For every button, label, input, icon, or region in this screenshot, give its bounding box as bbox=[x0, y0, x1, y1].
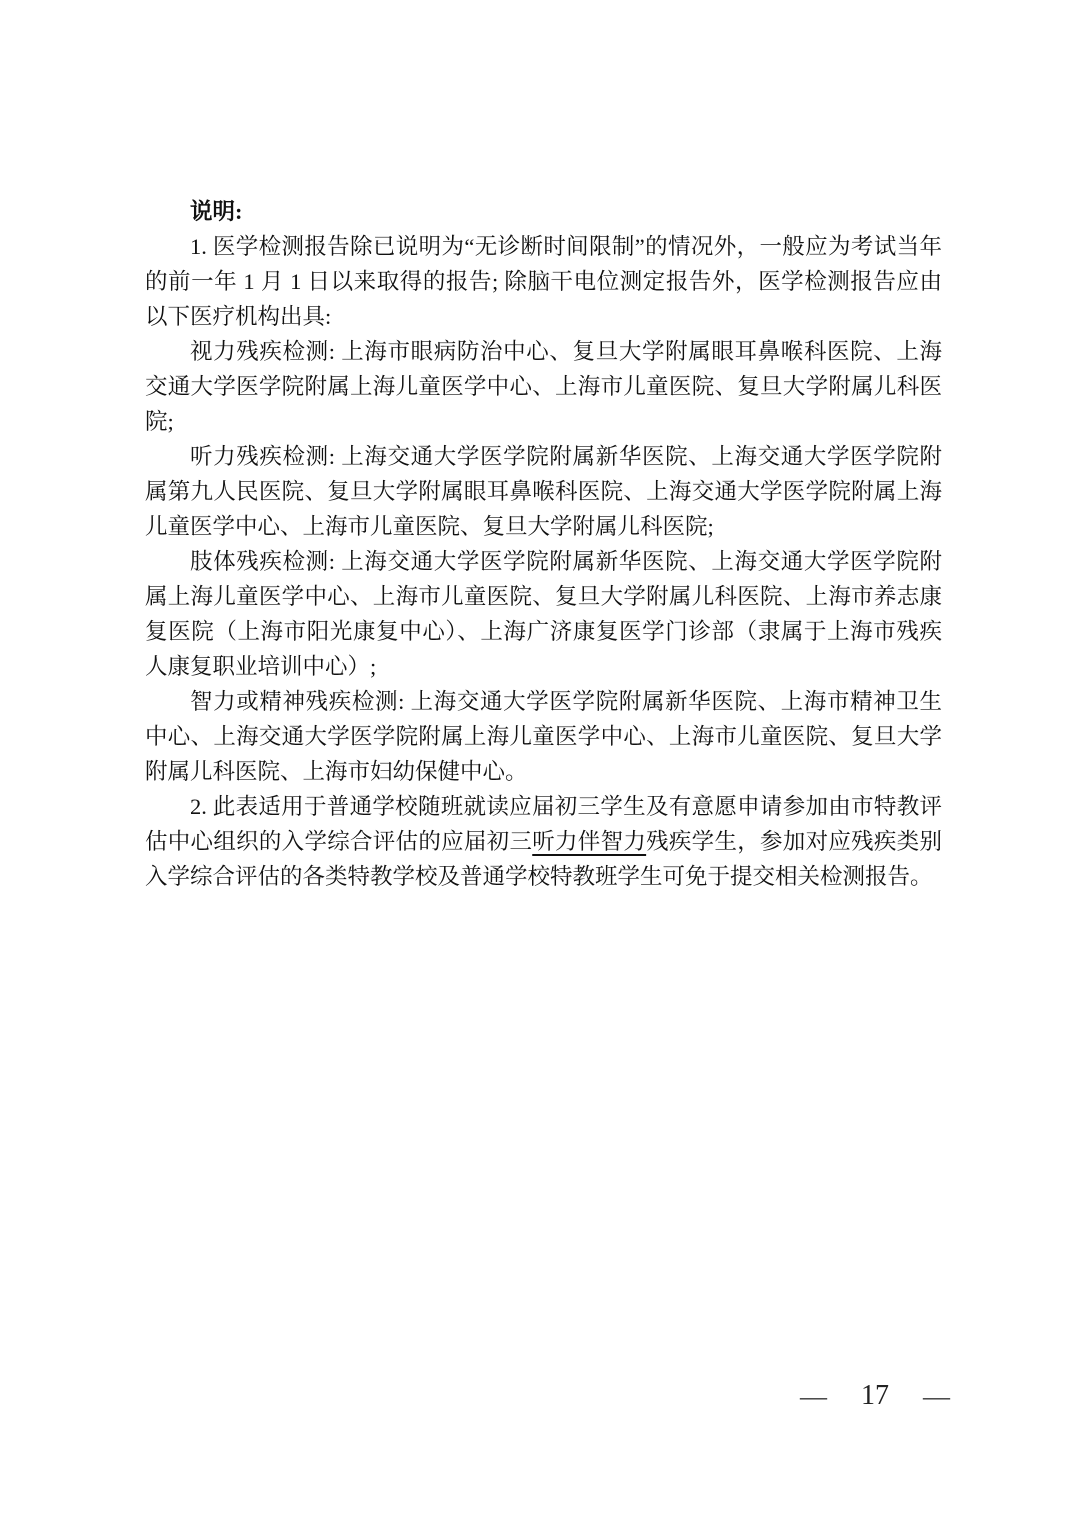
paragraph-note-1: 1. 医学检测报告除已说明为“无诊断时间限制”的情况外，一般应为考试当年的前一年… bbox=[145, 229, 942, 334]
paragraph-intellectual-testing: 智力或精神残疾检测: 上海交通大学医学院附属新华医院、上海市精神卫生中心、上海交… bbox=[145, 684, 942, 789]
page-footer: — 17 — bbox=[800, 1380, 950, 1412]
paragraph-vision-testing: 视力残疾检测: 上海市眼病防治中心、复旦大学附属眼耳鼻喉科医院、上海交通大学医学… bbox=[145, 334, 942, 439]
footer-dash-left: — bbox=[800, 1381, 827, 1412]
note-2-underlined-text: 听力伴智力 bbox=[532, 829, 646, 854]
section-heading: 说明: bbox=[145, 194, 942, 229]
document-page: 说明: 1. 医学检测报告除已说明为“无诊断时间限制”的情况外，一般应为考试当年… bbox=[0, 0, 1080, 1528]
paragraph-physical-testing: 肢体残疾检测: 上海交通大学医学院附属新华医院、上海交通大学医学院附属上海儿童医… bbox=[145, 544, 942, 684]
page-number: 17 bbox=[861, 1380, 889, 1412]
document-body: 说明: 1. 医学检测报告除已说明为“无诊断时间限制”的情况外，一般应为考试当年… bbox=[145, 194, 942, 894]
paragraph-note-2: 2. 此表适用于普通学校随班就读应届初三学生及有意愿申请参加由市特教评估中心组织… bbox=[145, 789, 942, 894]
footer-dash-right: — bbox=[923, 1381, 950, 1412]
paragraph-hearing-testing: 听力残疾检测: 上海交通大学医学院附属新华医院、上海交通大学医学院附属第九人民医… bbox=[145, 439, 942, 544]
